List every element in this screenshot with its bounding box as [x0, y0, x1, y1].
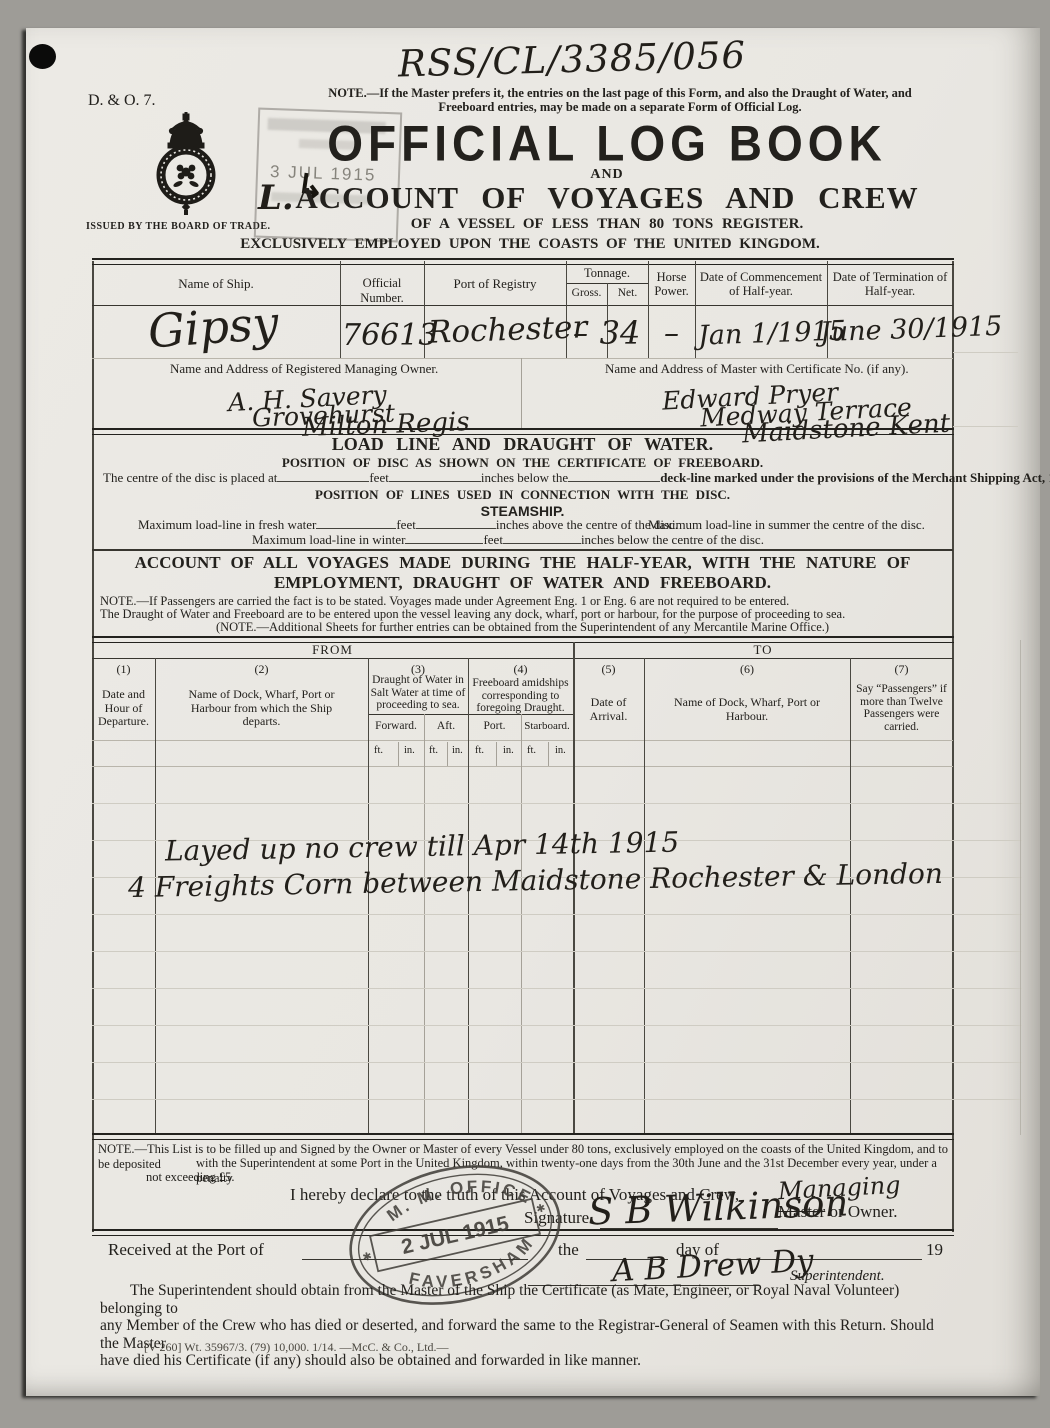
- archive-reference: RSS/CL/3385/056: [397, 33, 746, 85]
- value-ship-name: Gipsy: [146, 296, 280, 359]
- header-official-number: Official Number.: [340, 276, 424, 306]
- voyage-table-bottom-rule: [92, 1133, 954, 1140]
- account-note3: (NOTE.—Additional Sheets for further ent…: [92, 620, 953, 635]
- to-label: TO: [573, 642, 953, 658]
- ftin-divider: [398, 742, 399, 766]
- col3-forward: Forward.: [368, 720, 424, 732]
- stamp-star-left: ✱: [362, 1250, 374, 1264]
- col5-head: Date of Arrival.: [574, 696, 643, 723]
- page-title: OFFICIAL LOG BOOK: [257, 114, 957, 172]
- col-line: [644, 658, 645, 1135]
- received-port-line: [302, 1259, 528, 1260]
- top-note-line2: Freeboard entries, may be made on a sepa…: [438, 100, 801, 114]
- blank-field: [503, 532, 581, 544]
- ft-label: ft.: [374, 745, 383, 756]
- col4-starboard: Starboard.: [521, 720, 573, 732]
- sub-split-rule: [368, 714, 573, 715]
- loadline-heading: LOAD LINE AND DRAUGHT OF WATER.: [92, 434, 953, 455]
- blank-field: [277, 470, 369, 482]
- ftin-labels: ft. in. ft. in. ft. in. ft. in.: [0, 745, 1050, 765]
- fresh-label: Maximum load-line in fresh water: [138, 517, 316, 532]
- received-prefix: Received at the Port of: [108, 1240, 264, 1260]
- header-name-of-ship: Name of Ship.: [92, 276, 340, 292]
- winter-tail: inches below the centre of the disc.: [581, 532, 764, 547]
- loadline-summer: Maximum load-line in summer the centre o…: [648, 517, 925, 533]
- header-commencement: Date of Commencement of Half-year.: [695, 270, 827, 298]
- top-note-line1: NOTE.—If the Master prefers it, the entr…: [328, 86, 912, 100]
- value-horse-power: –: [648, 316, 695, 351]
- ruled-line: [92, 803, 1022, 804]
- margin-ruled-line: [953, 352, 1018, 353]
- header-net: Net.: [607, 287, 648, 299]
- received-year: 19: [926, 1240, 943, 1260]
- col3-head: Draught of Water in Salt Water at time o…: [369, 674, 467, 712]
- ftin-divider: [496, 742, 497, 766]
- loadline-line1a: The centre of the disc is placed at: [103, 470, 277, 485]
- subtitle: ACCOUNT OF VOYAGES AND CREW: [257, 180, 957, 216]
- col5-num: (5): [573, 662, 644, 677]
- col2-head: Name of Dock, Wharf, Port or Harbour fro…: [175, 688, 348, 729]
- ftin-bottom-rule: [92, 766, 953, 767]
- in-label: in.: [555, 745, 566, 756]
- board-of-trade-crest: [150, 112, 222, 218]
- fresh-feet: feet: [396, 517, 415, 532]
- blank-field: [316, 517, 396, 529]
- punch-hole: [29, 44, 56, 69]
- col-line: [850, 658, 851, 1135]
- header-port-of-registry: Port of Registry: [424, 276, 566, 292]
- col7-head: Say “Passengers” if more than Twelve Pas…: [851, 683, 952, 733]
- received-the: the: [558, 1240, 579, 1260]
- loadline-fresh: Maximum load-line in fresh waterfeetinch…: [138, 517, 678, 533]
- col1-num: (1): [92, 662, 155, 677]
- top-note: NOTE.—If the Master prefers it, the entr…: [280, 86, 960, 114]
- ruled-line: [92, 1025, 1022, 1026]
- value-official-number: 76613: [342, 318, 437, 353]
- page-fold-line: [1020, 640, 1021, 1135]
- col-line: [521, 714, 522, 1135]
- ft-label: ft.: [527, 745, 536, 756]
- issued-by-caption: ISSUED BY THE BOARD OF TRADE.: [86, 221, 271, 232]
- footer-para-l1: The Superintendent should obtain from th…: [100, 1282, 952, 1317]
- blank-field: [405, 532, 483, 544]
- section-rule: [92, 549, 953, 551]
- in-label: in.: [452, 745, 463, 756]
- in-label: in.: [404, 745, 415, 756]
- loadline-line1: The centre of the disc is placed atfeeti…: [103, 470, 1050, 486]
- value-gross: –: [560, 316, 601, 351]
- masthead-line4: EXCLUSIVELY EMPLOYED UPON THE COASTS OF …: [180, 236, 880, 253]
- master-label: Name and Address of Master with Certific…: [605, 361, 909, 377]
- header-gross: Gross.: [566, 287, 607, 299]
- loadline-line1c: inches below the: [481, 470, 568, 485]
- col7-num: (7): [850, 662, 953, 677]
- ft-label: ft.: [429, 745, 438, 756]
- ft-label: ft.: [475, 745, 484, 756]
- form-code: D. & O. 7.: [88, 92, 156, 110]
- from-label: FROM: [92, 642, 573, 658]
- col6-head: Name of Dock, Wharf, Port or Harbour.: [654, 696, 840, 723]
- col4-port: Port.: [468, 720, 521, 732]
- winter-label: Maximum load-line in winter: [252, 532, 405, 547]
- col4-num: (4): [468, 662, 573, 677]
- loadline-sub2: POSITION OF LINES USED IN CONNECTION WIT…: [92, 487, 953, 503]
- of-owner-word: or Owner.: [825, 1202, 897, 1221]
- stamp-date-text: 2 JUL 1915: [399, 1212, 511, 1259]
- ruled-line: [92, 1062, 1022, 1063]
- stamp-star-right: ✱: [535, 1202, 547, 1216]
- in-label: in.: [503, 745, 514, 756]
- header-horse-power: Horse Power.: [648, 270, 695, 298]
- value-termination: June 30/1915: [820, 311, 1003, 348]
- account-heading1: ACCOUNT OF ALL VOYAGES MADE DURING THE H…: [92, 553, 953, 573]
- owner-label: Name and Address of Registered Managing …: [170, 361, 438, 377]
- master-or-owner: Master or Owner.: [778, 1202, 897, 1222]
- masthead-line3: OF A VESSEL OF LESS THAN 80 TONS REGISTE…: [257, 216, 957, 233]
- blank-field: [568, 470, 660, 482]
- master-word: Master: [778, 1202, 825, 1221]
- loadline-line1b: feet: [369, 470, 388, 485]
- col4-head: Freeboard amidships corresponding to for…: [469, 677, 572, 715]
- winter-feet: feet: [483, 532, 502, 547]
- ruled-line: [92, 914, 1022, 915]
- ruled-line: [92, 988, 1022, 989]
- blank-field: [389, 470, 481, 482]
- value-net: 34: [598, 314, 642, 352]
- col2-num: (2): [155, 662, 368, 677]
- loadline-winter: Maximum load-line in winterfeetinches be…: [252, 532, 764, 548]
- col3-aft: Aft.: [424, 720, 468, 732]
- margin-ruled-line: [953, 426, 1018, 427]
- col6-num: (6): [644, 662, 850, 677]
- ruled-line: [92, 951, 1022, 952]
- band-rule: [92, 658, 953, 659]
- footer-paragraph: The Superintendent should obtain from th…: [100, 1282, 952, 1370]
- header-tonnage: Tonnage.: [566, 266, 648, 281]
- header-termination: Date of Termination of Half-year.: [827, 270, 953, 298]
- bottom-note-line3: not exceeding £5.: [146, 1170, 235, 1185]
- header-bottom-rule: [92, 740, 953, 741]
- loadline-line1d: deck-line marked under the provisions of…: [660, 470, 1050, 485]
- ruled-line: [92, 1099, 1022, 1100]
- scanned-log-book-page: RSS/CL/3385/056 D. & O. 7. NOTE.—If the …: [0, 0, 1050, 1428]
- printer-imprint: [V 260] Wt. 35967/3. (79) 10,000. 1/14. …: [144, 1340, 449, 1355]
- ship-values-bottom: [92, 358, 953, 359]
- ftin-divider: [548, 742, 549, 766]
- ftin-divider: [447, 742, 448, 766]
- loadline-sub1: POSITION OF DISC AS SHOWN ON THE CERTIFI…: [92, 455, 953, 471]
- col-line: [424, 714, 425, 1135]
- blank-field: [416, 517, 496, 529]
- account-heading2: EMPLOYMENT, DRAUGHT OF WATER AND FREEBOA…: [92, 573, 953, 593]
- form-top-rule: [92, 258, 954, 265]
- owner-master-divider: [521, 358, 522, 430]
- col1-head: Date and Hour of Departure.: [93, 688, 154, 729]
